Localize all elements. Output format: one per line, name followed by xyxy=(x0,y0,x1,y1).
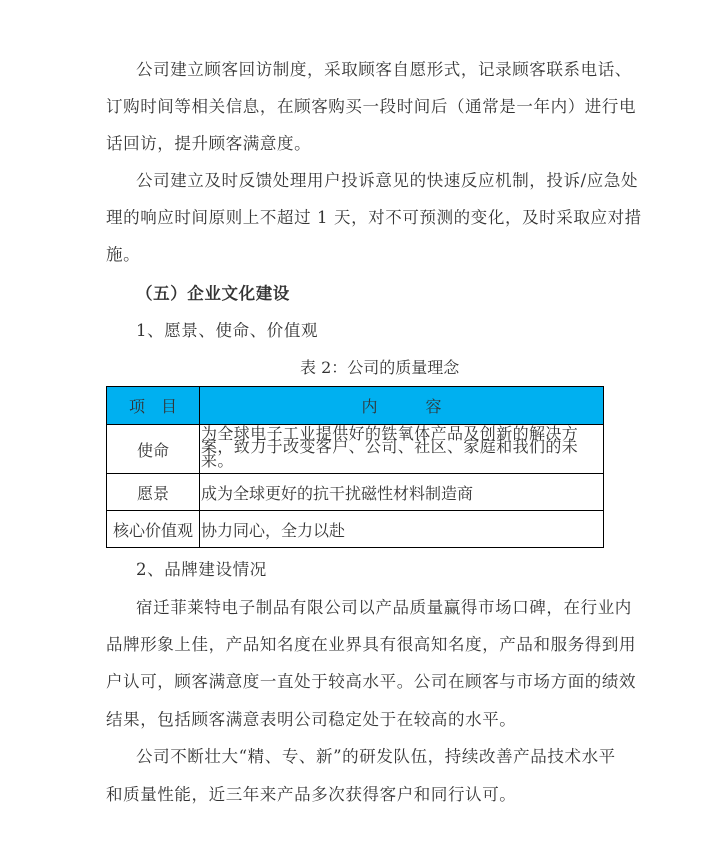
paragraph-3-line-4: 结果，包括顾客满意表明公司稳定处于在较高的水平。 xyxy=(106,710,516,730)
row-content-mission: 为全球电子工业提供好的铁氧体产品及创新的解决方 案，致力于改变客户、公司、社区、… xyxy=(200,425,604,474)
paragraph-4-line-2: 和质量性能，近三年来产品多次获得客户和同行认可。 xyxy=(106,785,516,805)
paragraph-2-line-1: 公司建立及时反馈处理用户投诉意见的快速反应机制，投诉/应急处 xyxy=(136,171,638,191)
header-item: 项 目 xyxy=(107,387,200,425)
row-item-mission: 使命 xyxy=(107,425,200,474)
paragraph-2-line-2: 理的响应时间原则上不超过 1 天，对不可预测的变化，及时采取应对措 xyxy=(106,208,642,228)
table-row: 核心价值观 协力同心，全力以赴 xyxy=(107,511,604,548)
row-content-core-values: 协力同心，全力以赴 xyxy=(200,511,604,548)
subheading-brand-building: 2、品牌建设情况 xyxy=(136,560,267,580)
paragraph-3-line-2: 品牌形象上佳，产品知名度在业界具有很高知名度，产品和服务得到用 xyxy=(106,635,636,655)
document-page: 公司建立顾客回访制度，采取顾客自愿形式，记录顾客联系电话、 订购时间等相关信息，… xyxy=(0,0,710,859)
subheading-vision-mission-values: 1、愿景、使命、价值观 xyxy=(136,321,318,341)
paragraph-1-line-3: 话回访，提升顾客满意度。 xyxy=(106,134,311,154)
row-item-core-values: 核心价值观 xyxy=(107,511,200,548)
paragraph-1-line-2: 订购时间等相关信息，在顾客购买一段时间后（通常是一年内）进行电 xyxy=(106,97,636,117)
table-header-row: 项 目 内 容 xyxy=(107,387,604,425)
section-heading: （五）企业文化建设 xyxy=(136,284,290,304)
paragraph-3-line-3: 户认可，顾客满意度一直处于较高水平。公司在顾客与市场方面的绩效 xyxy=(106,672,636,692)
row-item-vision: 愿景 xyxy=(107,474,200,511)
table-row: 愿景 成为全球更好的抗干扰磁性材料制造商 xyxy=(107,474,604,511)
quality-philosophy-table: 项 目 内 容 使命 为全球电子工业提供好的铁氧体产品及创新的解决方 案，致力于… xyxy=(106,386,604,548)
paragraph-1-line-1: 公司建立顾客回访制度，采取顾客自愿形式，记录顾客联系电话、 xyxy=(136,60,632,80)
paragraph-4-line-1: 公司不断壮大“精、专、新”的研发队伍，持续改善产品技术水平 xyxy=(136,747,616,767)
paragraph-2-line-3: 施。 xyxy=(106,245,140,265)
row-content-vision: 成为全球更好的抗干扰磁性材料制造商 xyxy=(200,474,604,511)
table-row: 使命 为全球电子工业提供好的铁氧体产品及创新的解决方 案，致力于改变客户、公司、… xyxy=(107,425,604,474)
header-content: 内 容 xyxy=(200,387,604,425)
table-caption: 表 2：公司的质量理念 xyxy=(300,358,459,378)
mission-line-2: 案，致力于改变客户、公司、社区、家庭和我们的未 xyxy=(201,440,603,454)
paragraph-3-line-1: 宿迁菲莱特电子制品有限公司以产品质量赢得市场口碑，在行业内 xyxy=(136,598,632,618)
